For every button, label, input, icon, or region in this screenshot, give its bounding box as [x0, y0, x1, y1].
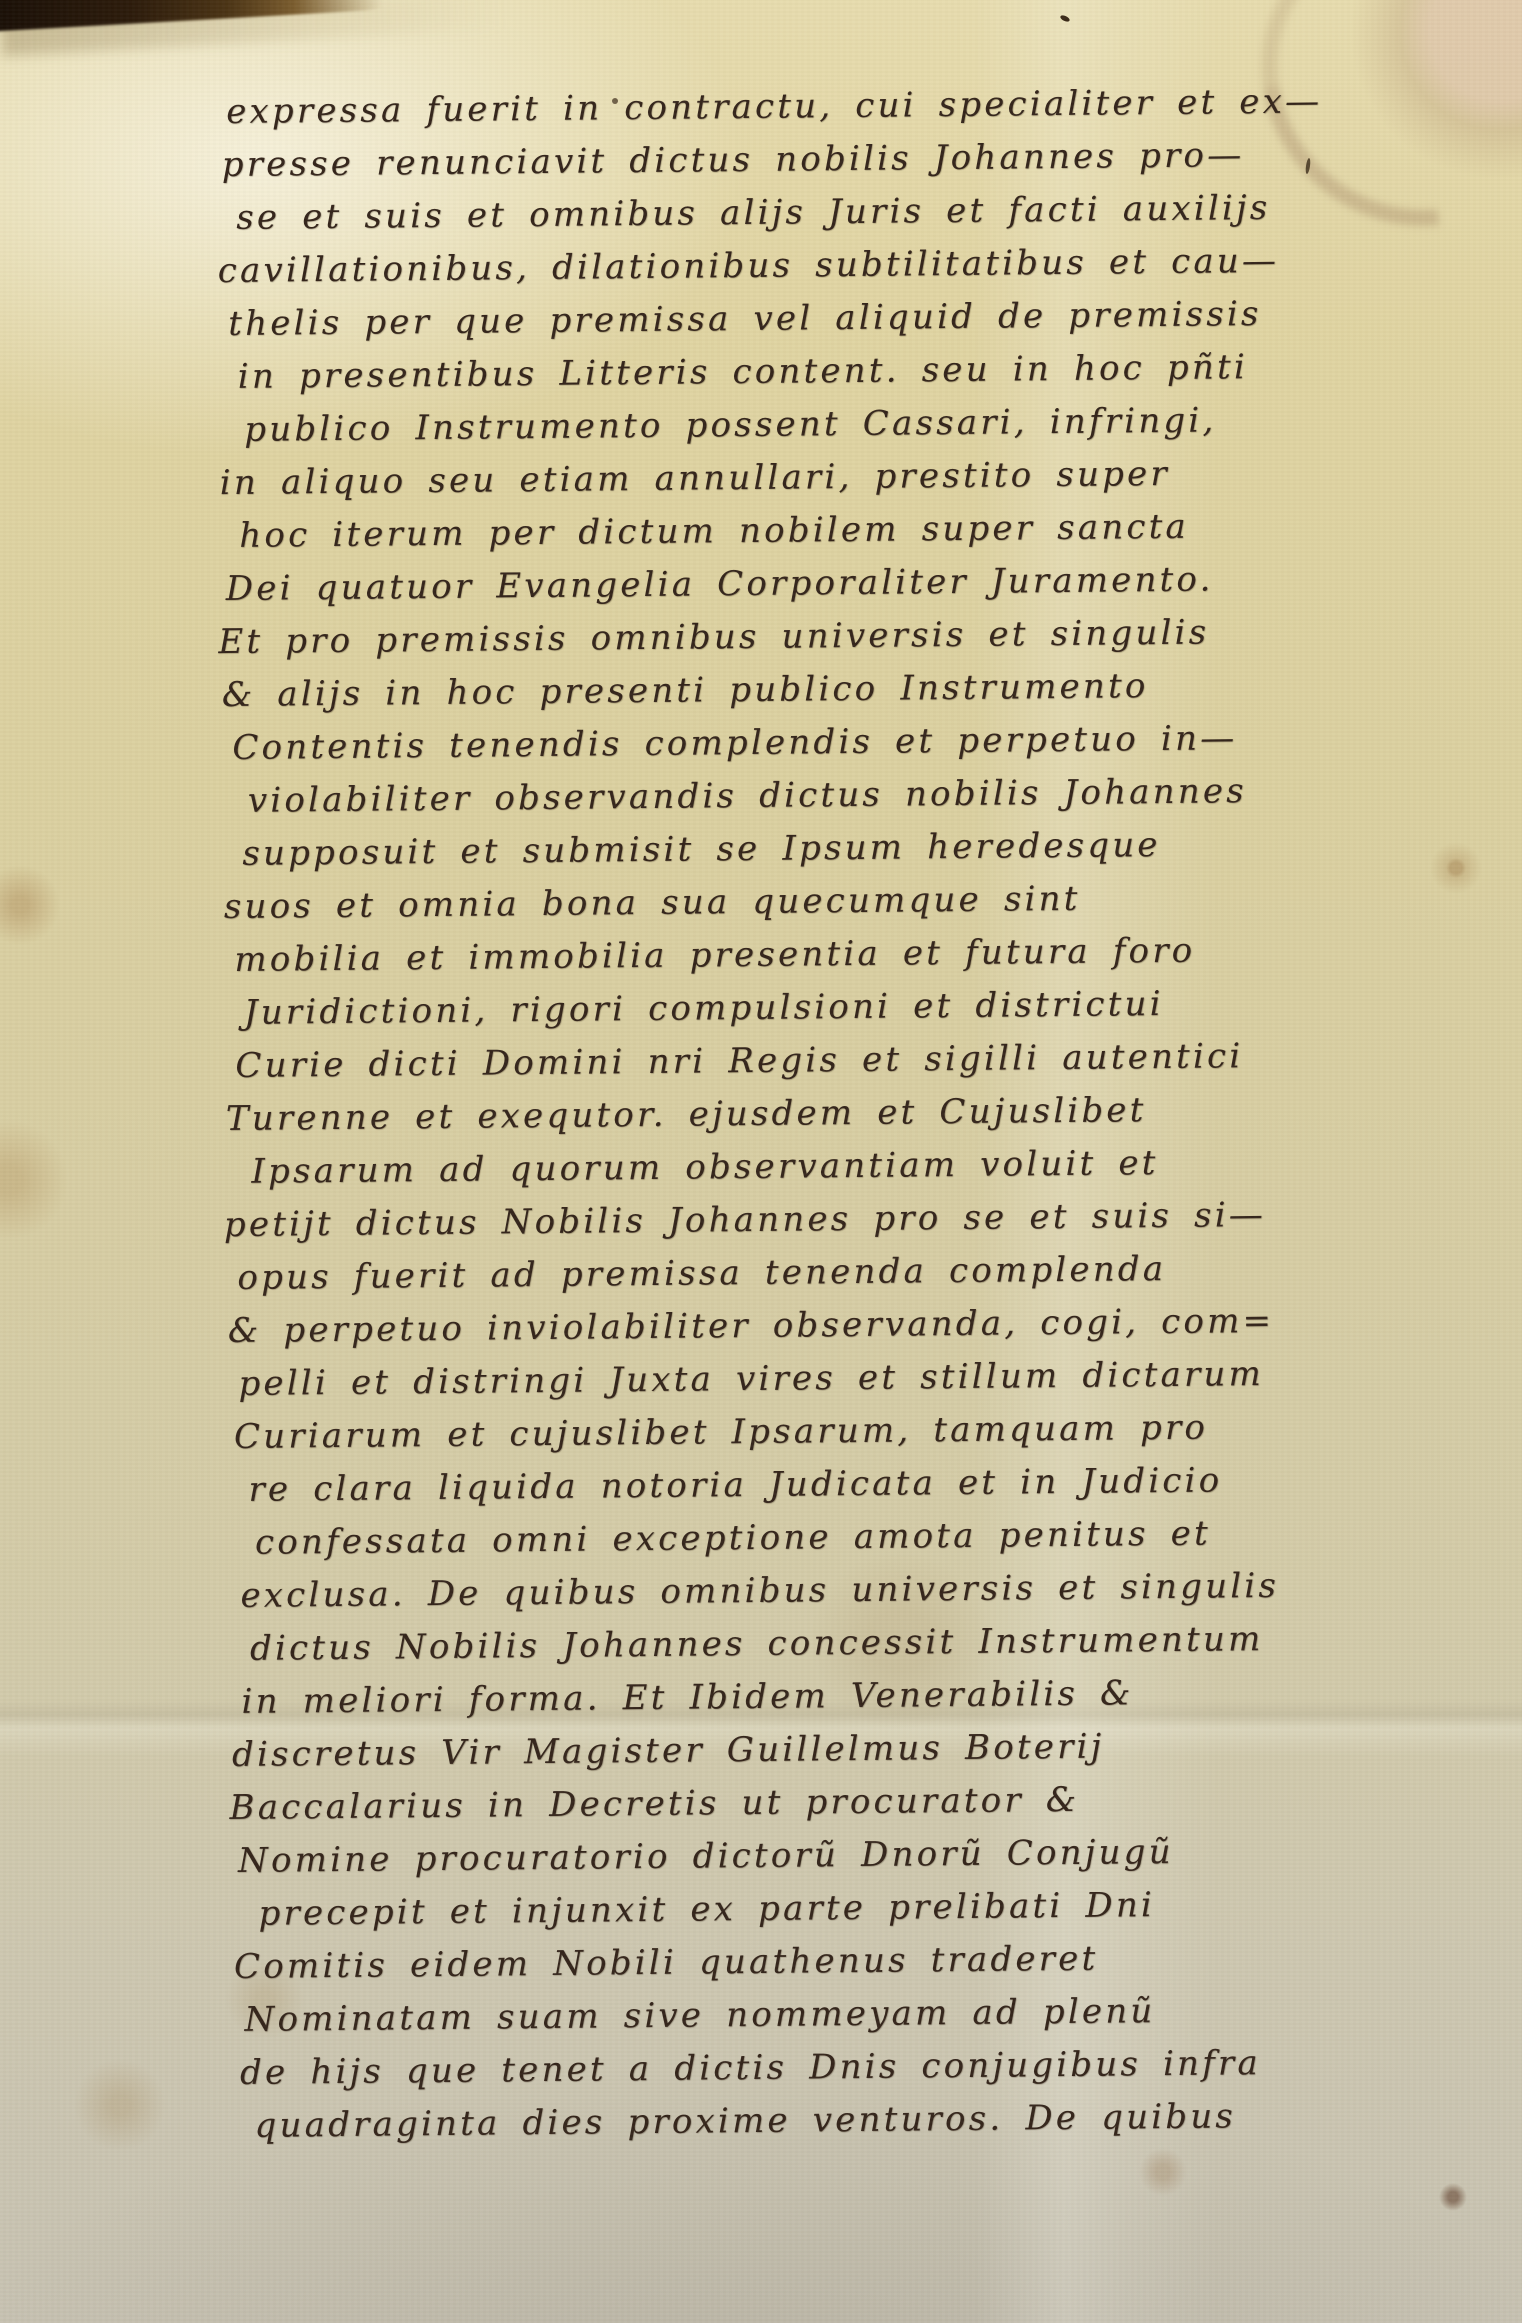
- text-line: quadraginta dies proxime venturos. De qu…: [254, 2088, 1485, 2153]
- manuscript-text-block: expressa fuerit in contractu, cui specia…: [226, 74, 1486, 2153]
- manuscript-page: expressa fuerit in contractu, cui specia…: [0, 0, 1522, 2323]
- ink-speck: [1059, 14, 1070, 23]
